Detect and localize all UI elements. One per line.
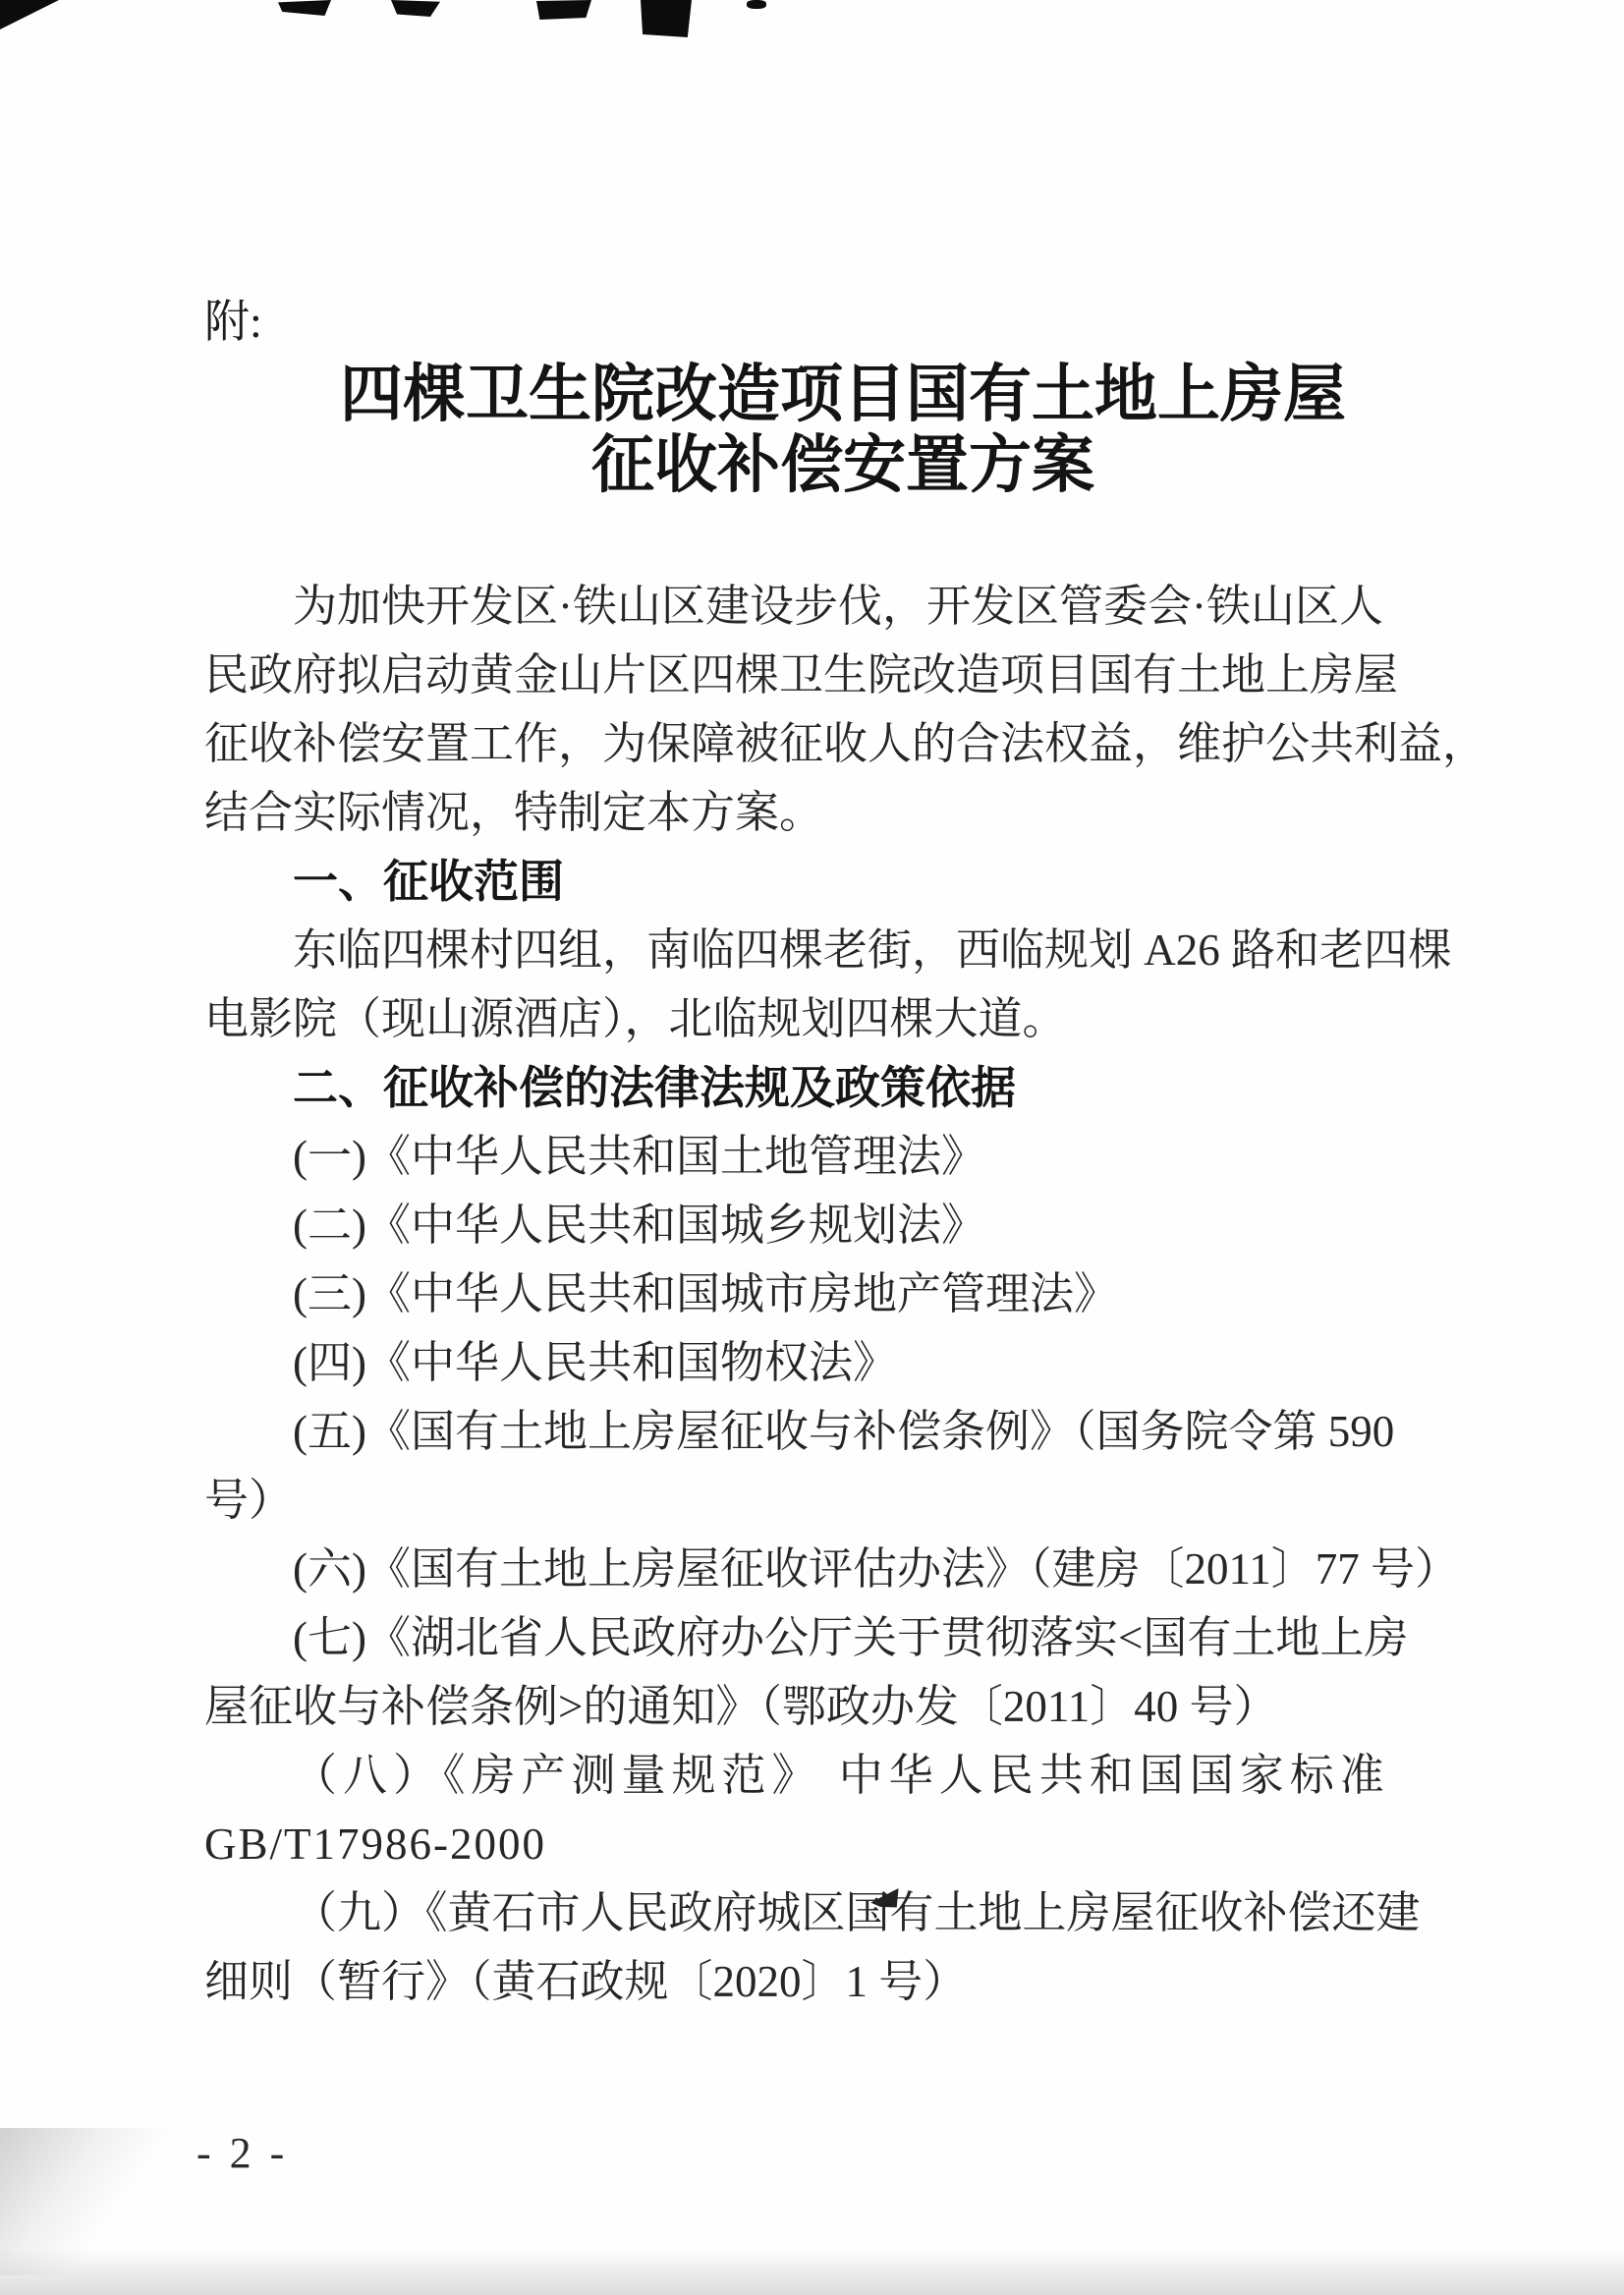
list-item-5-cont: 号） bbox=[204, 1466, 1440, 1535]
attachment-label: 附: bbox=[204, 295, 1440, 350]
paragraph-line: 民政府拟启动黄金山片区四棵卫生院改造项目国有土地上房屋 bbox=[204, 641, 1440, 709]
scan-artifact bbox=[391, 0, 440, 17]
paragraph-line: 电影院（现山源酒店），北临规划四棵大道。 bbox=[204, 984, 1440, 1053]
list-item-7-cont: 屋征收与补偿条例>的通知》（鄂政办发〔2011〕40 号） bbox=[204, 1672, 1440, 1741]
scan-artifact bbox=[747, 0, 766, 9]
scanned-page: 附: 四棵卫生院改造项目国有土地上房屋 征收补偿安置方案 为加快开发区·铁山区建… bbox=[0, 0, 1624, 2295]
scan-artifact bbox=[641, 0, 692, 37]
list-item-9-cont: 细则（暂行》（黄石政规〔2020〕1 号） bbox=[204, 1947, 1440, 2016]
section-heading-1: 一、征收范围 bbox=[204, 847, 1440, 916]
paragraph-line: 东临四棵村四组，南临四棵老街，西临规划 A26 路和老四棵 bbox=[204, 916, 1440, 984]
list-item-2: (二)《中华人民共和国城乡规划法》 bbox=[204, 1191, 1440, 1259]
scan-artifact bbox=[536, 0, 591, 20]
page-number: - 2 - bbox=[196, 2128, 288, 2178]
list-item-9: （九）《黄石市人民政府城区国有土地上房屋征收补偿还建 bbox=[204, 1878, 1440, 1947]
document-title-line2: 征收补偿安置方案 bbox=[246, 430, 1440, 501]
paragraph-line: 为加快开发区·铁山区建设步伐，开发区管委会·铁山区人 bbox=[204, 572, 1440, 641]
list-item-8-cont: GB/T17986-2000 bbox=[204, 1810, 1440, 1878]
paragraph-line: 结合实际情况，特制定本方案。 bbox=[204, 778, 1440, 847]
list-item-7: (七)《湖北省人民政府办公厅关于贯彻落实<国有土地上房 bbox=[204, 1603, 1440, 1672]
section-heading-2: 二、征收补偿的法律法规及政策依据 bbox=[204, 1053, 1440, 1122]
paragraph-line: 征收补偿安置工作，为保障被征收人的合法权益，维护公共利益， bbox=[204, 709, 1440, 778]
list-item-4: (四)《中华人民共和国物权法》 bbox=[204, 1328, 1440, 1397]
list-item-8: （八）《房产测量规范》 中华人民共和国国家标准 bbox=[204, 1741, 1440, 1810]
scan-artifact-corner bbox=[0, 0, 59, 29]
list-item-3: (三)《中华人民共和国城市房地产管理法》 bbox=[204, 1259, 1440, 1328]
scan-artifact bbox=[278, 0, 331, 16]
scan-shadow-bottom bbox=[0, 2248, 1624, 2295]
document-text: 为加快开发区·铁山区建设步伐，开发区管委会·铁山区人 民政府拟启动黄金山片区四棵… bbox=[204, 572, 1440, 2016]
list-item-1: (一)《中华人民共和国土地管理法》 bbox=[204, 1122, 1440, 1191]
document-title-line1: 四棵卫生院改造项目国有土地上房屋 bbox=[246, 360, 1440, 430]
document-body: 附: 四棵卫生院改造项目国有土地上房屋 征收补偿安置方案 为加快开发区·铁山区建… bbox=[204, 295, 1440, 2016]
list-item-6: (六)《国有土地上房屋征收评估办法》（建房〔2011〕77 号） bbox=[204, 1535, 1440, 1603]
list-item-5: (五)《国有土地上房屋征收与补偿条例》（国务院令第 590 bbox=[204, 1397, 1440, 1466]
document-title: 四棵卫生院改造项目国有土地上房屋 征收补偿安置方案 bbox=[246, 360, 1440, 501]
